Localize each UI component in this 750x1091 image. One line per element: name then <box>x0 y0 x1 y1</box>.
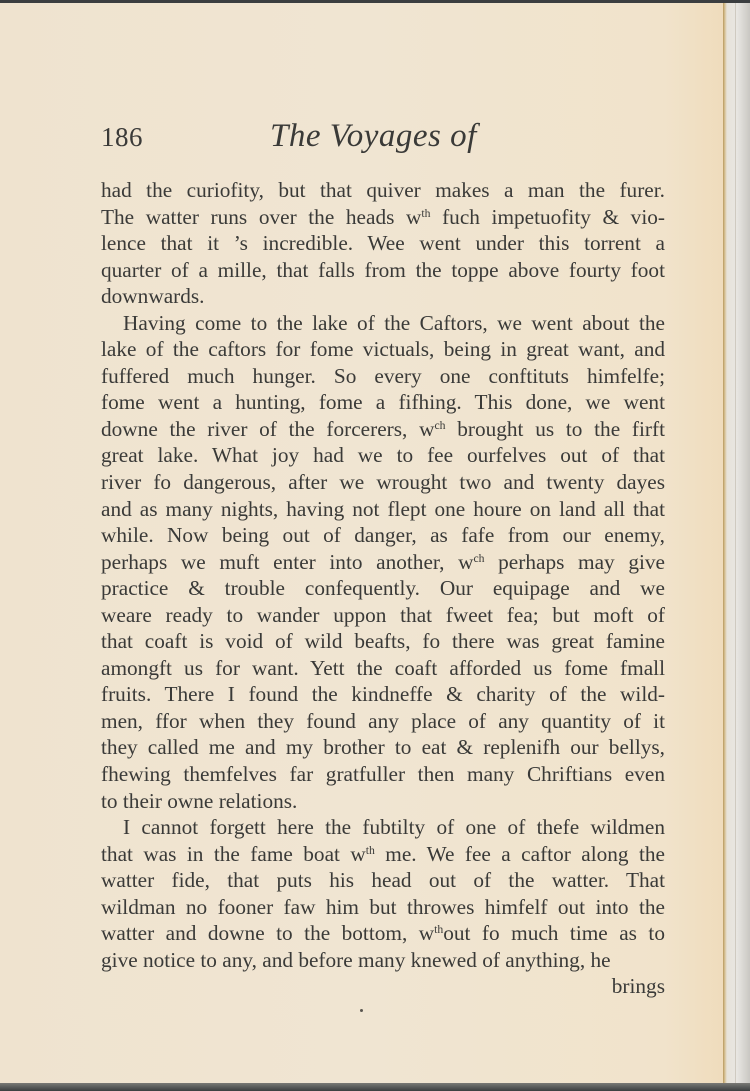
text-line: lence that it ’s incredible. Wee went un… <box>101 230 665 257</box>
superscript-abbrev: ch <box>473 552 484 565</box>
text-line: river fo dangerous, after we wrought two… <box>101 469 665 496</box>
running-title: The Voyages of <box>270 118 477 155</box>
page-number: 186 <box>101 122 143 153</box>
superscript-abbrev: ch <box>434 419 445 432</box>
text-line: give notice to any, and before many knew… <box>101 947 665 974</box>
text-line: wildman no fooner faw him but throwes hi… <box>101 894 665 921</box>
paragraph: Having come to the lake of the Caftors, … <box>101 310 665 814</box>
text-line: I cannot forgett here the fubtilty of on… <box>101 814 665 841</box>
text-line: to their owne relations. <box>101 788 665 815</box>
text-line: watter fide, that puts his head out of t… <box>101 867 665 894</box>
paragraph: I cannot forgett here the fubtilty of on… <box>101 814 665 973</box>
text-line: and as many nights, having not flept one… <box>101 496 665 523</box>
text-line: fome went a hunting, fome a fifhing. Thi… <box>101 389 665 416</box>
text-line: that coaft is void of wild beafts, fo th… <box>101 628 665 655</box>
text-line: perhaps we muft enter into another, wch … <box>101 549 665 576</box>
text-line: downe the river of the forcerers, wch br… <box>101 416 665 443</box>
page-edge-line <box>735 3 736 1091</box>
superscript-abbrev: th <box>366 844 375 857</box>
text-line: great lake. What joy had we to fee ourfe… <box>101 442 665 469</box>
paper-speck <box>360 1009 363 1012</box>
catchword: brings <box>101 973 665 1000</box>
text-line: fuffered much hunger. So every one conft… <box>101 363 665 390</box>
page-edge <box>723 3 750 1091</box>
text-line: Having come to the lake of the Caftors, … <box>101 310 665 337</box>
text-line: The watter runs over the heads wth fuch … <box>101 204 665 231</box>
text-line: watter and downe to the bottom, wthout f… <box>101 920 665 947</box>
text-line: that was in the fame boat wth me. We fee… <box>101 841 665 868</box>
text-line: fruits. There I found the kindneffe & ch… <box>101 681 665 708</box>
text-line: men, ffor when they found any place of a… <box>101 708 665 735</box>
text-line: amongft us for want. Yett the coaft affo… <box>101 655 665 682</box>
text-line: quarter of a mille, that falls from the … <box>101 257 665 284</box>
text-line: practice & trouble confequently. Our equ… <box>101 575 665 602</box>
superscript-abbrev: th <box>434 923 443 936</box>
bottom-shadow <box>0 1083 750 1091</box>
body-text: had the curiofity, but that quiver makes… <box>101 177 665 1000</box>
superscript-abbrev: th <box>421 207 430 220</box>
text-line: they called me and my brother to eat & r… <box>101 734 665 761</box>
text-line: while. Now being out of danger, as fafe … <box>101 522 665 549</box>
page-header: 186 The Voyages of <box>101 118 665 158</box>
text-line: downwards. <box>101 283 665 310</box>
text-line: fhewing themfelves far gratfuller then m… <box>101 761 665 788</box>
text-line: weare ready to wander uppon that fweet f… <box>101 602 665 629</box>
text-line: lake of the caftors for fome victuals, b… <box>101 336 665 363</box>
text-line: had the curiofity, but that quiver makes… <box>101 177 665 204</box>
paragraph: had the curiofity, but that quiver makes… <box>101 177 665 310</box>
